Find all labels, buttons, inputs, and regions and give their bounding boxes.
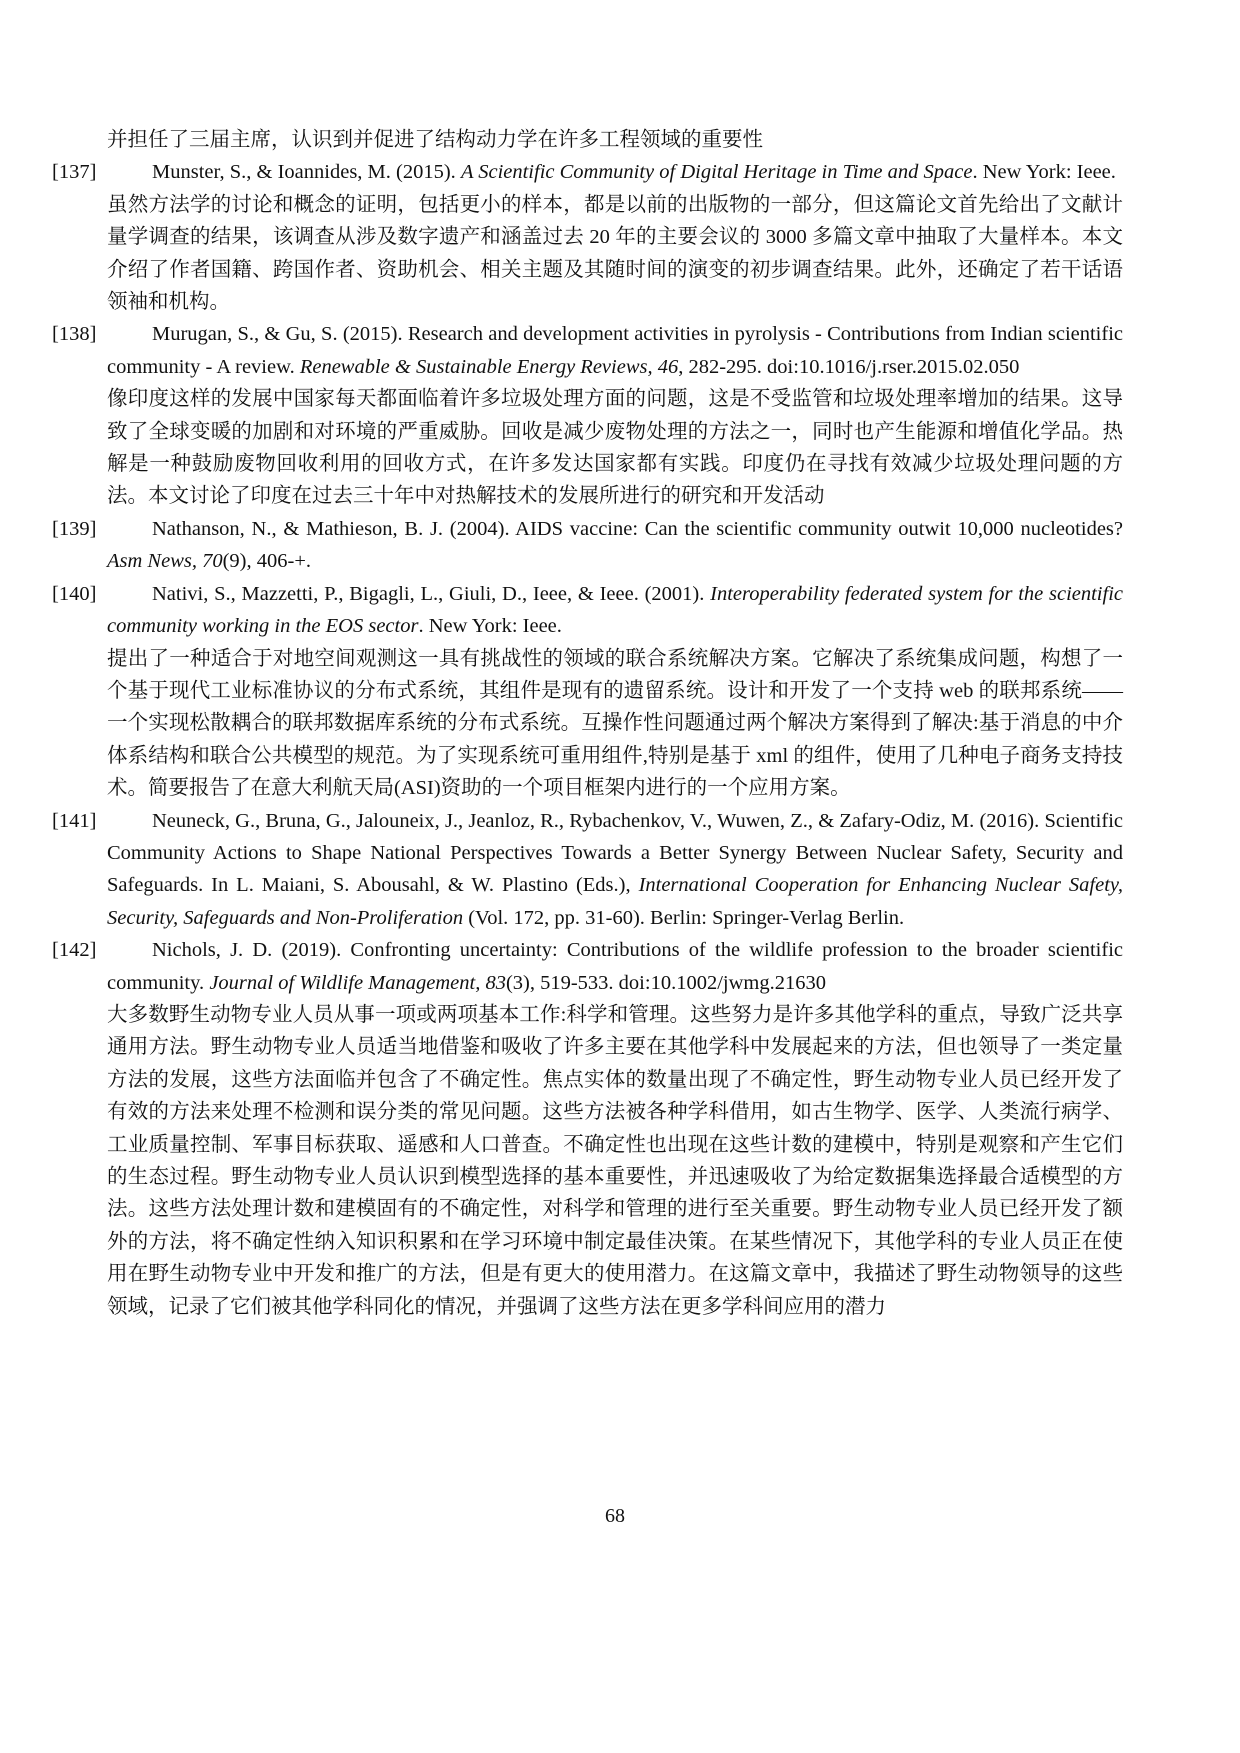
reference-citation: [142]Nichols, J. D. (2019). Confronting … [107, 934, 1123, 999]
citation-segment: Nathanson, N., & Mathieson, B. J. (2004)… [152, 518, 1123, 540]
reference-entry: [137]Munster, S., & Ioannides, M. (2015)… [107, 156, 1123, 318]
citation-segment: (Vol. 172, pp. 31-60). Berlin: Springer-… [463, 907, 904, 929]
reference-number: [139] [52, 513, 152, 545]
citation-italic-segment: Renewable & Sustainable Energy Reviews, … [300, 356, 678, 378]
reference-number: [137] [52, 156, 152, 188]
reference-annotation-zh: 虽然方法学的讨论和概念的证明，包括更小的样本，都是以前的出版物的一部分，但这篇论… [107, 189, 1123, 319]
citation-segment: Nativi, S., Mazzetti, P., Bigagli, L., G… [152, 583, 710, 605]
reference-citation: [140]Nativi, S., Mazzetti, P., Bigagli, … [107, 578, 1123, 643]
citation-segment: . New York: Ieee. [972, 161, 1115, 183]
reference-entry: [138]Murugan, S., & Gu, S. (2015). Resea… [107, 318, 1123, 512]
reference-entry: [139]Nathanson, N., & Mathieson, B. J. (… [107, 513, 1123, 578]
reference-number: [141] [52, 805, 152, 837]
reference-annotation-zh: 像印度这样的发展中国家每天都面临着许多垃圾处理方面的问题，这是不受监管和垃圾处理… [107, 383, 1123, 513]
reference-entry: [140]Nativi, S., Mazzetti, P., Bigagli, … [107, 578, 1123, 805]
reference-entry: [141]Neuneck, G., Bruna, G., Jalouneix, … [107, 805, 1123, 935]
citation-italic-segment: A Scientific Community of Digital Herita… [461, 161, 973, 183]
reference-citation: [139]Nathanson, N., & Mathieson, B. J. (… [107, 513, 1123, 578]
reference-number: [140] [52, 578, 152, 610]
references-page-content: 并担任了三届主席，认识到并促进了结构动力学在许多工程领域的重要性 [137]Mu… [107, 124, 1123, 1323]
citation-segment: (9), 406-+. [223, 550, 311, 572]
reference-citation: [137]Munster, S., & Ioannides, M. (2015)… [107, 156, 1123, 188]
reference-citation: [138]Murugan, S., & Gu, S. (2015). Resea… [107, 318, 1123, 383]
reference-entry: [142]Nichols, J. D. (2019). Confronting … [107, 934, 1123, 1323]
page-footer: 68 [107, 1502, 1123, 1530]
references-list: [137]Munster, S., & Ioannides, M. (2015)… [107, 156, 1123, 1323]
reference-number: [138] [52, 318, 152, 350]
reference-annotation-zh: 提出了一种适合于对地空间观测这一具有挑战性的领域的联合系统解决方案。它解决了系统… [107, 643, 1123, 805]
reference-number: [142] [52, 934, 152, 966]
reference-annotation-zh: 大多数野生动物专业人员从事一项或两项基本工作:科学和管理。这些努力是许多其他学科… [107, 999, 1123, 1323]
reference-citation: [141]Neuneck, G., Bruna, G., Jalouneix, … [107, 805, 1123, 935]
citation-segment: , 282-295. doi:10.1016/j.rser.2015.02.05… [678, 356, 1019, 378]
leading-annotation-fragment: 并担任了三届主席，认识到并促进了结构动力学在许多工程领域的重要性 [107, 124, 1123, 156]
citation-italic-segment: Asm News, 70 [107, 550, 223, 572]
citation-italic-segment: Journal of Wildlife Management, 83 [209, 972, 506, 994]
citation-segment: . New York: Ieee. [418, 615, 561, 637]
citation-segment: Munster, S., & Ioannides, M. (2015). [152, 161, 461, 183]
citation-segment: (3), 519-533. doi:10.1002/jwmg.21630 [506, 972, 826, 994]
page-number: 68 [605, 1505, 625, 1527]
